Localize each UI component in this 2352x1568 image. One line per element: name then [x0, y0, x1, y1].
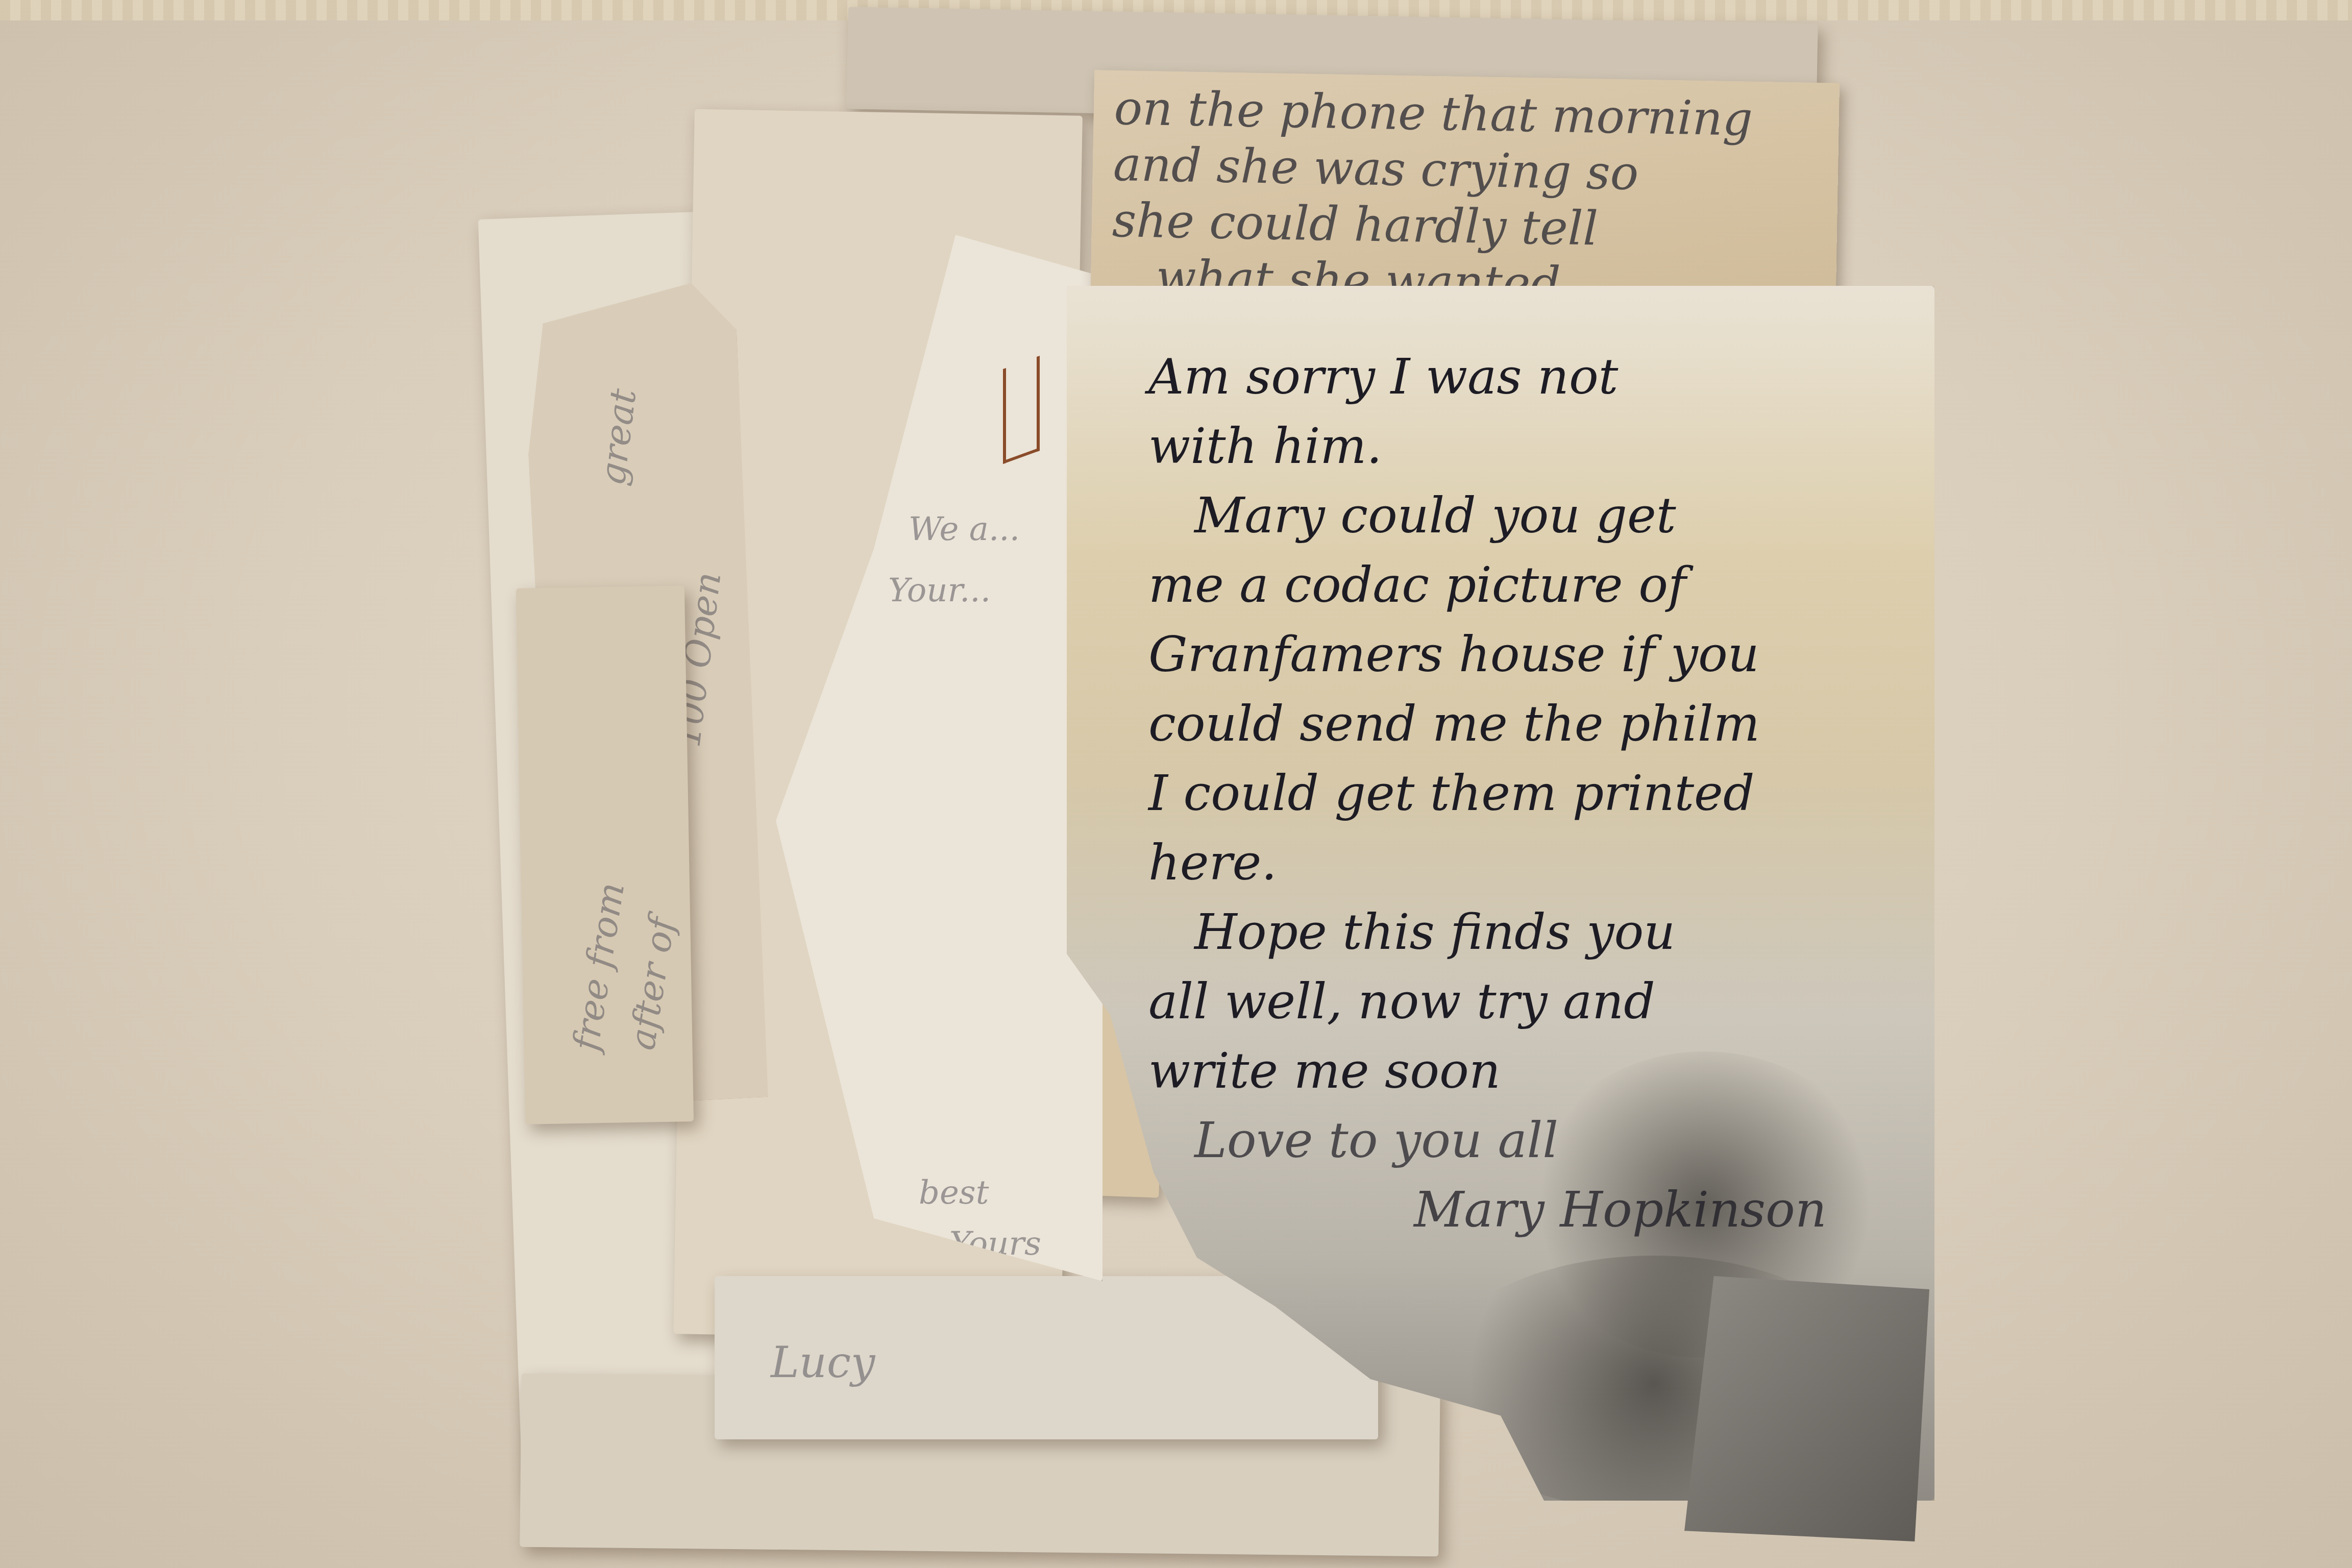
fragment-text: after of: [621, 915, 683, 1053]
envelope-text: Your...: [888, 572, 991, 609]
letter-line: all well, now try and: [1148, 967, 1873, 1036]
letter-body: Am sorry I was not with him. Mary could …: [1148, 342, 1873, 1244]
folded-moldy-corner: [1684, 1276, 1929, 1541]
letter-line: I could get them printed: [1148, 758, 1873, 828]
letter-signature: Mary Hopkinson: [1148, 1175, 1873, 1244]
letter-line: with him.: [1148, 411, 1873, 481]
envelope-text: We a...: [909, 510, 1020, 548]
envelope-text: best: [919, 1174, 989, 1212]
letter-top: on the phone that morning and she was cr…: [1090, 70, 1840, 323]
fragment-text: great: [591, 386, 644, 487]
letter-line: on the phone that morning: [1114, 81, 1753, 146]
letter-line: me a codac picture of: [1148, 550, 1873, 620]
letter-line: Mary could you get: [1148, 481, 1873, 550]
letter-line: Granfamers house if you: [1148, 620, 1873, 689]
letter-fragment-strip: free from after of: [516, 585, 694, 1124]
letter-line: Am sorry I was not: [1148, 342, 1873, 411]
letter-line: and she was crying so: [1113, 137, 1639, 201]
letter-line: could send me the philm: [1148, 689, 1873, 758]
fragment-text: Lucy: [771, 1337, 875, 1387]
letter-closing: Love to you all: [1148, 1106, 1873, 1175]
fragment-text: free from: [565, 879, 633, 1053]
letter-line: write me soon: [1148, 1036, 1873, 1106]
ink-mark: [1003, 356, 1040, 464]
letter-line: she could hardly tell: [1112, 193, 1598, 256]
letter-line: here.: [1148, 828, 1873, 897]
letter-line: Hope this finds you: [1148, 897, 1873, 967]
